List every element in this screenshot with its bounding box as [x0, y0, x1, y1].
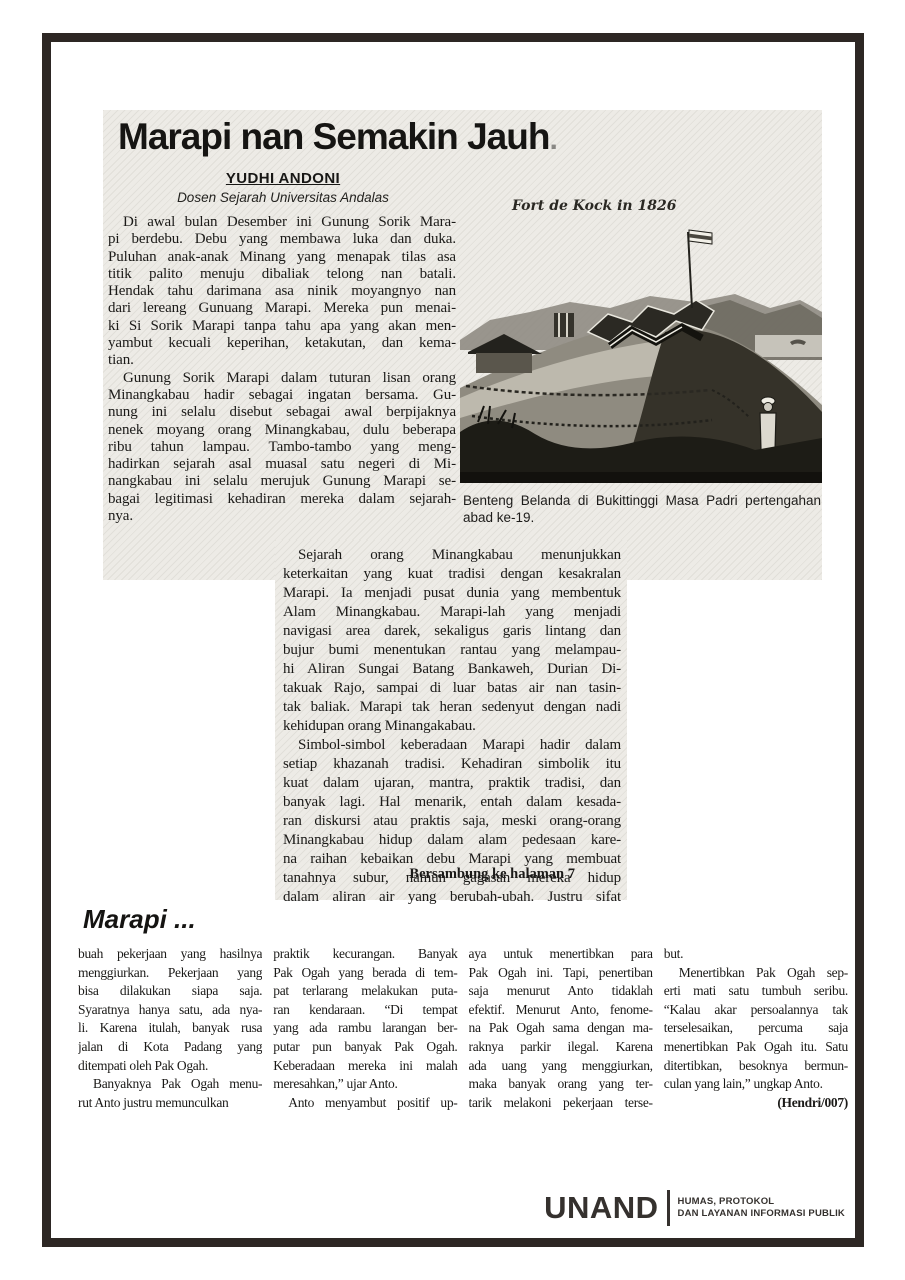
- text-line: menertibkan Pak Ogah itu. Satu: [664, 1038, 848, 1057]
- title-trailing-dot: .: [549, 123, 556, 156]
- text-line: bujur bumi menentukan rantau yang melamp…: [283, 641, 621, 660]
- fort-photo: Fort de Kock in 1826: [460, 170, 822, 483]
- jump-column-2: praktik kecurangan. BanyakPak Ogah yang …: [273, 945, 457, 1112]
- text-line: Syaratnya hanya satu, ada nya-: [78, 1001, 262, 1020]
- newspaper-scan-page: Marapi nan Semakin Jauh. YUDHI ANDONI Do…: [0, 0, 905, 1280]
- text-line: kehidupan orang Minangakabau.: [283, 717, 621, 736]
- article-clipping: Marapi nan Semakin Jauh. YUDHI ANDONI Do…: [103, 110, 822, 580]
- dept-line-1: HUMAS, PROTOKOL: [678, 1196, 845, 1208]
- text-line: saja menurut Anto tidaklah: [469, 982, 653, 1001]
- paragraph: aya untuk menertibkan paraPak Ogah ini. …: [469, 945, 653, 1112]
- article-title: Marapi nan Semakin Jauh.: [118, 116, 557, 158]
- brand-divider: [667, 1190, 670, 1226]
- text-line: Anto menyambut positif up-: [273, 1094, 457, 1113]
- paragraph: Banyaknya Pak Ogah menu-rut Anto justru …: [78, 1075, 262, 1112]
- brand-department: HUMAS, PROTOKOL DAN LAYANAN INFORMASI PU…: [678, 1196, 845, 1220]
- text-line: ran kendaraan. “Di tempat: [273, 1001, 457, 1020]
- flag-icon: [689, 230, 712, 244]
- paragraph: Anto menyambut positif up-: [273, 1094, 457, 1113]
- text-line: culan yang lain,” ungkap Anto.: [664, 1075, 848, 1094]
- paragraph: praktik kecurangan. BanyakPak Ogah yang …: [273, 945, 457, 1094]
- text-line: takuak Rajo, sampai di luar batas air na…: [283, 679, 621, 698]
- text-line: tian.: [108, 352, 456, 369]
- text-line: Keberadaan mereka ini malah: [273, 1057, 457, 1076]
- text-line: rut Anto justru memunculkan: [78, 1094, 262, 1113]
- text-line: Pak Ogah yang berada di tem-: [273, 964, 457, 983]
- text-line: ribu tahun lampau. Tambo-tambo yang meng…: [108, 439, 456, 456]
- paragraph: Gunung Sorik Marapi dalam tuturan lisan …: [108, 370, 456, 526]
- text-line: ada uang yang menggiurkan,: [469, 1057, 653, 1076]
- text-line: Marapi. Ia menjadi pusat dunia yang memb…: [283, 584, 621, 603]
- text-line: putar pun banyak Pak Ogah.: [273, 1038, 457, 1057]
- text-line: Pak Ogah ini. Tapi, penertiban: [469, 964, 653, 983]
- text-line: nya.: [108, 508, 456, 525]
- text-line: raknya parkir ilegal. Karena: [469, 1038, 653, 1057]
- lake: [755, 335, 822, 357]
- text-line: Gunung Sorik Marapi dalam tuturan lisan …: [108, 370, 456, 387]
- unand-logo: UNAND: [544, 1190, 658, 1226]
- text-line: Banyaknya Pak Ogah menu-: [78, 1075, 262, 1094]
- border-frame: Marapi nan Semakin Jauh. YUDHI ANDONI Do…: [42, 33, 864, 1247]
- flagpole: [688, 232, 692, 308]
- text-line: titik palito menuju dibaliak telong nan …: [108, 266, 456, 283]
- text-line: erti mati satu tumbuh seribu.: [664, 982, 848, 1001]
- text-line: banyak lagi. Hal menarik, entah dalam ke…: [283, 793, 621, 812]
- text-line: keterkaitan yang kuat tradisi dengan kes…: [283, 565, 621, 584]
- text-line: li. Karena itulah, banyak rusa: [78, 1019, 262, 1038]
- text-line: aya untuk menertibkan para: [469, 945, 653, 964]
- paragraph: Sejarah orang Minangkabau menunjukkanket…: [283, 546, 621, 736]
- text-line: Menertibkan Pak Ogah sep-: [664, 964, 848, 983]
- text-line: setiap khazanah tradisi. Kehadiran simbo…: [283, 755, 621, 774]
- text-line: nangkabau ini selalu merujuk Gunung Mara…: [108, 473, 456, 490]
- text-line: nenek moyang orang Minangkabau, dulu beb…: [108, 422, 456, 439]
- dept-line-2: DAN LAYANAN INFORMASI PUBLIK: [678, 1208, 845, 1220]
- text-line: yang ada rambu larangan ber-: [273, 1019, 457, 1038]
- article-title-text: Marapi nan Semakin Jauh: [118, 116, 549, 157]
- article-left-column: Di awal bulan Desember ini Gunung Sorik …: [108, 214, 456, 525]
- paragraph: Di awal bulan Desember ini Gunung Sorik …: [108, 214, 456, 370]
- unand-brand: UNAND HUMAS, PROTOKOL DAN LAYANAN INFORM…: [544, 1190, 845, 1226]
- text-line: abad ke-19.: [463, 509, 821, 526]
- text-line: kuat dalam ujaran, mantra, praktik tradi…: [283, 774, 621, 793]
- text-line: meresahkan,” ujar Anto.: [273, 1075, 457, 1094]
- text-line: yambut kecuali keperihan, ketakutan, dan…: [108, 335, 456, 352]
- text-line: pat terlarang melakukan puta-: [273, 982, 457, 1001]
- text-line: Simbol-simbol keberadaan Marapi hadir da…: [283, 736, 621, 755]
- photo-bottom-edge: [460, 472, 822, 483]
- author-role: Dosen Sejarah Universitas Andalas: [118, 190, 448, 205]
- text-line: tarik melakoni pekerjaan terse-: [469, 1094, 653, 1113]
- text-line: Hendak tahu darimana asa ninik moyangnyo…: [108, 283, 456, 300]
- text-line: navigasi area darek, sekaligus garis lin…: [283, 622, 621, 641]
- text-line: hadirkan sejarah asal muasal satu negeri…: [108, 456, 456, 473]
- article-continuation-column: Sejarah orang Minangkabau menunjukkanket…: [275, 540, 627, 900]
- text-line: praktik kecurangan. Banyak: [273, 945, 457, 964]
- continued-note: Bersambung ke halaman 7: [409, 866, 575, 883]
- text-line: “Kalau akar persoalannya tak: [664, 1001, 848, 1020]
- paragraph: but.: [664, 945, 848, 964]
- text-line: Alam Minangkabau. Marapi-lah yang menjad…: [283, 603, 621, 622]
- text-line: dari lereang Gunuang Marapi. Mereka pun …: [108, 300, 456, 317]
- byline-block: YUDHI ANDONI Dosen Sejarah Universitas A…: [118, 170, 448, 205]
- text-line: efektif. Menurut Anto, fenome-: [469, 1001, 653, 1020]
- photo-caption: Benteng Belanda di Bukittinggi Masa Padr…: [463, 492, 821, 526]
- text-line: but.: [664, 945, 848, 964]
- text-line: ditempati oleh Pak Ogah.: [78, 1057, 262, 1076]
- text-line: terselesaikan, percuma saja: [664, 1019, 848, 1038]
- text-line: bisa dilakukan siapa saja.: [78, 982, 262, 1001]
- author-name: YUDHI ANDONI: [118, 170, 448, 187]
- text-line: bagai legitimasi kehadiran mereka dalam …: [108, 491, 456, 508]
- text-line: pi berdebu. Debu yang membawa luka dan d…: [108, 231, 456, 248]
- jump-column-4: but. Menertibkan Pak Ogah sep-erti mati …: [664, 945, 848, 1112]
- jump-column-3: aya untuk menertibkan paraPak Ogah ini. …: [469, 945, 653, 1112]
- text-line: hi Aliran Sungai Batang Bankaweh, Durian…: [283, 660, 621, 679]
- photo-label: Fort de Kock in 1826: [511, 198, 677, 214]
- text-line: maka banyak orang yang ter-: [469, 1075, 653, 1094]
- text-line: Puluhan anak-anak Minang yang menapak ti…: [108, 249, 456, 266]
- text-line: tak baliak. Marapi tak heran sedenyut de…: [283, 698, 621, 717]
- jump-section: Marapi ... buah pekerjaan yang hasilnyam…: [78, 904, 848, 1112]
- text-line: Minangkabau hadir sebagai ingatan bersam…: [108, 387, 456, 404]
- jump-columns: buah pekerjaan yang hasilnyamenggiurkan.…: [78, 945, 848, 1112]
- paragraph: buah pekerjaan yang hasilnyamenggiurkan.…: [78, 945, 262, 1075]
- fort-gate: [554, 313, 574, 337]
- paragraph: Menertibkan Pak Ogah sep-erti mati satu …: [664, 964, 848, 1094]
- text-line: buah pekerjaan yang hasilnya: [78, 945, 262, 964]
- fort-illustration: Fort de Kock in 1826: [460, 170, 822, 483]
- text-line: ran diskursi atau praktis saja, meski or…: [283, 812, 621, 831]
- text-line: na Pak Ogah sama dengan ma-: [469, 1019, 653, 1038]
- text-line: ki Si Sorik Marapi tanpa tahu apa yang a…: [108, 318, 456, 335]
- text-line: Benteng Belanda di Bukittinggi Masa Padr…: [463, 492, 821, 509]
- article-middle-column: Sejarah orang Minangkabau menunjukkanket…: [283, 546, 621, 907]
- text-line: menggiurkan. Pekerjaan yang: [78, 964, 262, 983]
- text-line: jalan di Kota Padang yang: [78, 1038, 262, 1057]
- text-line: ditertibkan, besoknya bermun-: [664, 1057, 848, 1076]
- jump-column-1: buah pekerjaan yang hasilnyamenggiurkan.…: [78, 945, 262, 1112]
- text-line: Di awal bulan Desember ini Gunung Sorik …: [108, 214, 456, 231]
- text-line: Minangkabau hidup dalam alam pedesaan ka…: [283, 831, 621, 850]
- reporter-signoff: (Hendri/007): [664, 1094, 848, 1113]
- text-line: Sejarah orang Minangkabau menunjukkan: [283, 546, 621, 565]
- jump-heading: Marapi ...: [83, 904, 848, 935]
- text-line: nung ini selalu disebut sebagai awal ber…: [108, 404, 456, 421]
